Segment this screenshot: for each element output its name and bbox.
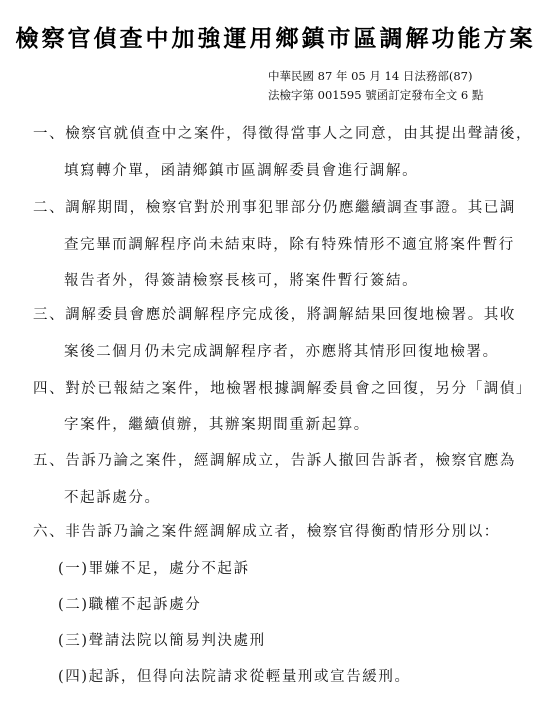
section-number: 三、	[33, 307, 65, 323]
section-3-line-1: 三、調解委員會應於調解程序完成後，將調解結果回復地檢署。其收	[33, 303, 516, 324]
section-number: 二、	[33, 200, 65, 216]
section-6-line-1: 六、非告訴乃論之案件經調解成立者，檢察官得衡酌情形分別以：	[33, 520, 500, 541]
section-6-subitem-4: (四)起訴，但得向法院請求從輕量刑或宣告緩刑。	[58, 665, 411, 686]
section-2-line-1: 二、調解期間，檢察官對於刑事犯罪部分仍應繼續調查事證。其已調	[33, 196, 516, 217]
section-2-line-3: 報告者外，得簽請檢察長核可，將案件暫行簽結。	[64, 269, 418, 290]
section-text: 檢察官就偵查中之案件，得徵得當事人之同意，由其提出聲請後，	[65, 126, 532, 142]
section-text: 非告訴乃論之案件經調解成立者，檢察官得衡酌情形分別以：	[65, 524, 500, 540]
section-4-line-2: 字案件，繼續偵辦，其辦案期間重新起算。	[64, 413, 370, 434]
section-5-line-2: 不起訴處分。	[64, 486, 161, 507]
section-6-subitem-1: (一)罪嫌不足，處分不起訴	[58, 557, 250, 578]
promulgation-document-number: 法檢字第 001595 號函訂定發布全文 6 點	[268, 87, 483, 103]
section-number: 四、	[33, 381, 65, 397]
section-number: 一、	[33, 126, 65, 142]
section-2-line-2: 查完畢而調解程序尚未結束時，除有特殊情形不適宜將案件暫行	[64, 233, 515, 254]
section-1-line-2: 填寫轉介單，函請鄉鎮市區調解委員會進行調解。	[64, 159, 418, 180]
section-3-line-2: 案後二個月仍未完成調解程序者，亦應將其情形回復地檢署。	[64, 340, 499, 361]
section-text: 調解期間，檢察官對於刑事犯罪部分仍應繼續調查事證。其已調	[65, 200, 516, 216]
section-6-subitem-2: (二)職權不起訴處分	[58, 593, 201, 614]
section-1-line-1: 一、檢察官就偵查中之案件，得徵得當事人之同意，由其提出聲請後，	[33, 122, 532, 143]
section-number: 五、	[33, 453, 65, 469]
section-4-line-1: 四、對於已報結之案件，地檢署根據調解委員會之回復，另分「調偵」	[33, 377, 532, 398]
section-6-subitem-3: (三)聲請法院以簡易判決處刑	[58, 629, 266, 650]
document-title: 檢察官偵查中加強運用鄉鎮市區調解功能方案	[0, 20, 551, 53]
section-number: 六、	[33, 524, 65, 540]
section-text: 告訴乃論之案件，經調解成立，告訴人撤回告訴者，檢察官應為	[65, 453, 516, 469]
section-text: 對於已報結之案件，地檢署根據調解委員會之回復，另分「調偵」	[65, 381, 532, 397]
section-text: 調解委員會應於調解程序完成後，將調解結果回復地檢署。其收	[65, 307, 516, 323]
section-5-line-1: 五、告訴乃論之案件，經調解成立，告訴人撤回告訴者，檢察官應為	[33, 449, 516, 470]
promulgation-date: 中華民國 87 年 05 月 14 日法務部(87)	[268, 68, 472, 84]
